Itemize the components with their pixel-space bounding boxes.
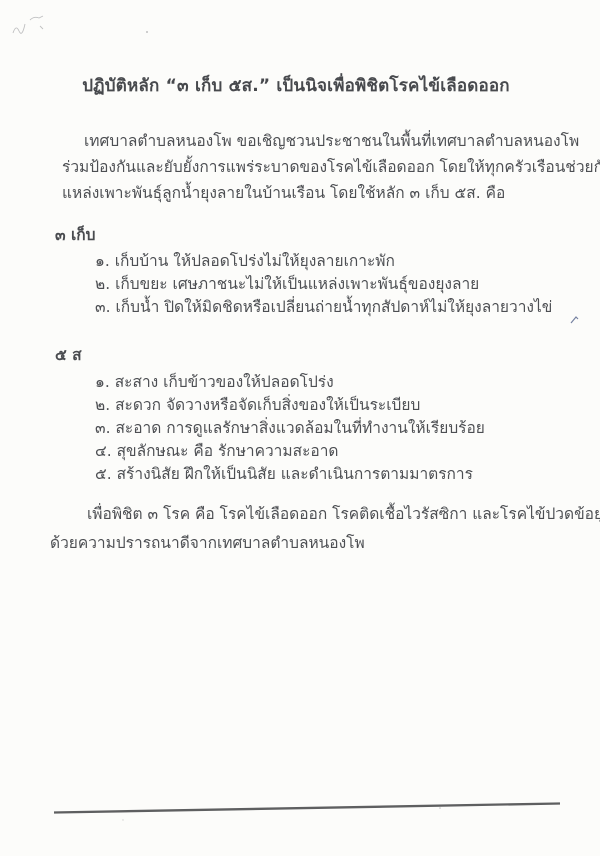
intro-line: เทศบาลตำบลหนองโพ ขอเชิญชวนประชาชนในพื้นท… (84, 130, 579, 152)
section-heading-3-keb: ๓ เก็บ (55, 224, 96, 246)
list-item: ๓. เก็บน้ำ ปิดให้มิดชิดหรือเปลี่ยนถ่ายน้… (95, 296, 552, 318)
list-item: ๒. สะดวก จัดวางหรือจัดเก็บสิ่งของให้เป็น… (95, 394, 420, 416)
intro-line: แหล่งเพาะพันธุ์ลูกน้ำยุงลายในบ้านเรือน โ… (62, 182, 505, 204)
list-item: ๒. เก็บขยะ เศษภาชนะไม่ให้เป็นแหล่งเพาะพั… (95, 273, 479, 295)
ink-speck-2 (439, 807, 441, 809)
pencil-scribble-mark (13, 16, 43, 33)
list-item: ๓. สะอาด การดูแลรักษาสิ่งแวดล้อมในที่ทำง… (95, 417, 485, 439)
ink-speck (146, 31, 148, 33)
section-heading-5-s: ๕ ส (55, 344, 82, 366)
list-item: ๕. สร้างนิสัย ฝึกให้เป็นนิสัย และดำเนินก… (95, 463, 473, 485)
scanned-document-page: ปฏิบัติหลัก “๓ เก็บ ๕ส.” เป็นนิจเพื่อพิช… (0, 0, 600, 856)
closing-line: เพื่อพิชิต ๓ โรค คือ โรคไข้เลือดออก โรคต… (87, 503, 600, 525)
closing-line: ด้วยความปรารถนาดีจากเทศบาลตำบลหนองโพ (50, 532, 365, 554)
list-item: ๔. สุขลักษณะ คือ รักษาความสะอาด (95, 440, 338, 462)
document-title: ปฏิบัติหลัก “๓ เก็บ ๕ส.” เป็นนิจเพื่อพิช… (0, 72, 592, 99)
pen-mark (571, 317, 578, 323)
footer-rule-line (54, 804, 560, 813)
list-item: ๑. สะสาง เก็บข้าวของให้ปลอดโปร่ง (95, 371, 334, 393)
intro-line: ร่วมป้องกันและยับยั้งการแพร่ระบาดของโรคไ… (62, 156, 600, 178)
ink-speck-3 (122, 819, 123, 820)
list-item: ๑. เก็บบ้าน ให้ปลอดโปร่งไม่ให้ยุงลายเกาะ… (95, 250, 395, 272)
